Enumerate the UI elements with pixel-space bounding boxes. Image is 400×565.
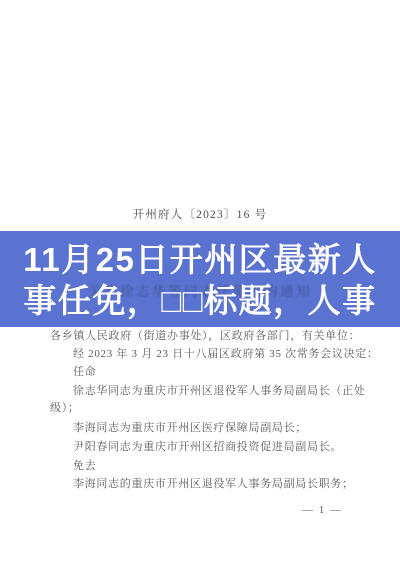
body-line-remove-label: 免去 [73, 459, 96, 474]
document-page: 开州府人〔2023〕16 号 关于徐志华等同志任免职的通知 11月25日开州区最… [0, 0, 400, 565]
body-line-appointment-1-cont: 级）； [50, 401, 80, 416]
body-line-removal-1: 李海同志的重庆市开州区退役军人事务局副局长职务； [73, 477, 354, 492]
body-line-decision: 经 2023 年 3 月 23 日十八届区政府第 35 次常务会议决定： [73, 347, 379, 362]
title-banner: 关于徐志华等同志任免职的通知 11月25日开州区最新人 事任免，□□标题，人事 [0, 231, 400, 327]
banner-title-line-1: 11月25日开州区最新人 [0, 239, 400, 280]
body-line-appointment-1: 徐志华同志为重庆市开州区退役军人事务局副局长（正处 [73, 384, 366, 399]
body-line-appoint-label: 任命 [73, 365, 96, 380]
banner-title: 11月25日开州区最新人 事任免，□□标题，人事 [0, 239, 400, 321]
page-number: — 1 — [302, 504, 343, 516]
banner-title-line-2: 事任免，□□标题，人事 [0, 280, 400, 321]
body-line-salutation: 各乡镇人民政府（街道办事处），区政府各部门，有关单位： [50, 329, 360, 344]
body-line-appointment-2: 李海同志为重庆市开州区医疗保障局副局长； [73, 421, 307, 436]
body-line-appointment-3: 尹阳春同志为重庆市开州区招商投资促进局副局长。 [73, 440, 342, 455]
doc-number: 开州府人〔2023〕16 号 [0, 206, 400, 222]
